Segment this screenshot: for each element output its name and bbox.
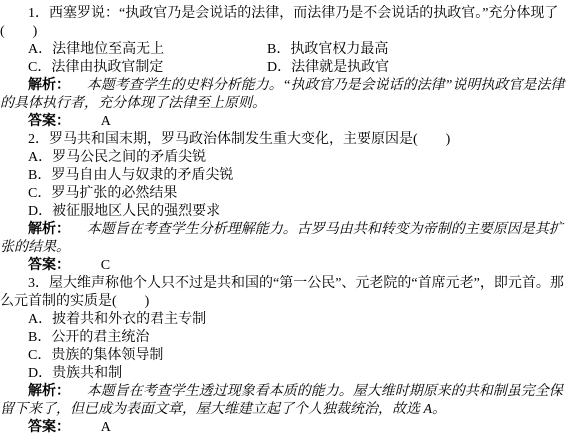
answer: 答案：A [0, 113, 566, 131]
options-row: A．法律地位至高无上B．执政官权力最高 [28, 41, 566, 59]
analysis-label: 解析： [28, 222, 70, 237]
question-stem: 2．罗马共和国末期，罗马政治体制发生重大变化，主要原因是( ) [0, 131, 566, 149]
option-c: C．法律由执政官制定 [28, 59, 267, 77]
exam-document: 1．西塞罗说：“执政官乃是会说话的法律，而法律乃是不会说话的执政官。”充分体现了… [0, 0, 566, 437]
answer-value: C [101, 258, 110, 273]
answer-label: 答案： [28, 258, 70, 273]
answer-value: A [101, 114, 111, 129]
option-c: C．贵族的集体领导制 [28, 347, 566, 365]
analysis-text: 本题旨在考查学生分析理解能力。古罗马由共和转变为帝制的主要原因是其扩张的结果。 [0, 222, 563, 255]
analysis: 解析：本题旨在考查学生透过现象看本质的能力。屋大维时期原来的共和制虽完全保留下来… [0, 383, 566, 419]
question-block-3: 3．屋大维声称他个人只不过是共和国的“第一公民”、元老院的“首席元老”，即元首。… [0, 275, 566, 437]
analysis-text: 本题旨在考查学生透过现象看本质的能力。屋大维时期原来的共和制虽完全保留下来了，但… [0, 384, 563, 417]
question-stem: 3．屋大维声称他个人只不过是共和国的“第一公民”、元老院的“首席元老”，即元首。… [0, 275, 566, 311]
option-a: A．披着共和外衣的君主专制 [28, 311, 566, 329]
option-c: C．罗马扩张的必然结果 [28, 185, 566, 203]
option-a: A．法律地位至高无上 [28, 41, 267, 59]
answer-label: 答案： [28, 114, 70, 129]
answer-label: 答案： [28, 420, 70, 435]
analysis: 解析：本题考查学生的史料分析能力。“执政官乃是会说话的法律”说明执政官是法律的具… [0, 77, 566, 113]
analysis-label: 解析： [28, 78, 70, 93]
option-b: B．罗马自由人与奴隶的矛盾尖锐 [28, 167, 566, 185]
option-d: D．被征服地区人民的强烈要求 [28, 203, 566, 221]
answer: 答案：C [0, 257, 566, 275]
question-block-1: 1．西塞罗说：“执政官乃是会说话的法律，而法律乃是不会说话的执政官。”充分体现了… [0, 5, 566, 131]
analysis: 解析：本题旨在考查学生分析理解能力。古罗马由共和转变为帝制的主要原因是其扩张的结… [0, 221, 566, 257]
option-a: A．罗马公民之间的矛盾尖锐 [28, 149, 566, 167]
question-stem: 1．西塞罗说：“执政官乃是会说话的法律，而法律乃是不会说话的执政官。”充分体现了… [0, 5, 566, 41]
analysis-text: 本题考查学生的史料分析能力。“执政官乃是会说话的法律”说明执政官是法律的具体执行… [0, 78, 564, 111]
option-b: B．执政官权力最高 [267, 42, 388, 57]
option-b: B．公开的君主统治 [28, 329, 566, 347]
options-row: C．法律由执政官制定D．法律就是执政官 [28, 59, 566, 77]
answer: 答案：A [0, 419, 566, 437]
answer-value: A [101, 420, 111, 435]
option-d: D．贵族共和制 [28, 365, 566, 383]
question-block-2: 2．罗马共和国末期，罗马政治体制发生重大变化，主要原因是( ) A．罗马公民之间… [0, 131, 566, 275]
analysis-label: 解析： [28, 384, 70, 399]
option-d: D．法律就是执政官 [267, 60, 389, 75]
